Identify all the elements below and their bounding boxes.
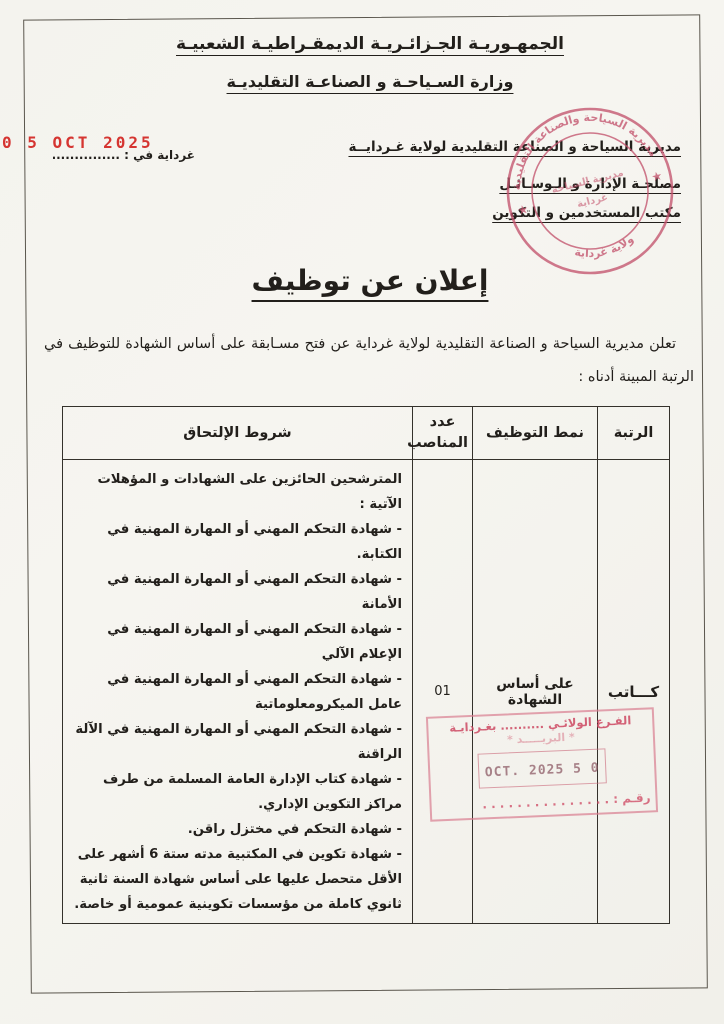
table-row: كـــاتب على أساس الشهادة 01 المترشحين ال… (63, 460, 670, 924)
col-header-positions: عدد المناصب (413, 407, 473, 460)
recruitment-table: الرتبة نمط التوظيف عدد المناصب شروط الإل… (62, 406, 670, 924)
scanned-document-page: { "header": { "line1": "الجمهـوريـة الجـ… (0, 0, 724, 1024)
col-header-rank: الرتبة (598, 407, 670, 460)
header-ministry-line: وزارة السـياحـة و الصناعـة التقليديـة (20, 72, 720, 91)
conditions-list: - شهادة التحكم المهني أو المهارة المهنية… (71, 517, 402, 917)
table-header-row: الرتبة نمط التوظيف عدد المناصب شروط الإل… (63, 407, 670, 460)
intro-line2: الرتبة المبينة أدناه : (44, 361, 694, 394)
org-directorate-line: مديرية السياحة و الصناعة التقليدية لولاي… (348, 139, 681, 155)
condition-item: - شهادة تكوين في المكتبية مدته ستة 6 أشه… (71, 842, 402, 917)
condition-item: - شهادة التحكم المهني أو المهارة المهنية… (71, 667, 402, 717)
cell-recruitment-mode: على أساس الشهادة (473, 460, 598, 924)
branch-stamp-number-line: رقـم : . . . . . . . . . . . . . . . (436, 790, 650, 813)
cell-conditions: المترشحين الحائزين على الشهادات و المؤهل… (63, 460, 413, 924)
condition-item: - شهادة التحكم المهني أو المهارة المهنية… (71, 617, 402, 667)
branch-stamp-date: 0 5 OCT. 2025 (485, 761, 600, 781)
announcement-title: إعلان عن توظيف (20, 264, 720, 297)
svg-text:ولاية غرداية: ولاية غرداية (571, 231, 638, 266)
condition-item: - شهادة التحكم المهني أو المهارة المهنية… (71, 567, 402, 617)
org-block: مديرية السياحة و الصناعة التقليدية لولاي… (348, 139, 681, 221)
condition-item: - شهادة التحكم في مختزل راقن. (71, 817, 402, 842)
org-service-line: مصلحـة الإدارة و الـوسـائـل (348, 176, 681, 192)
conditions-intro: المترشحين الحائزين على الشهادات و المؤهل… (71, 467, 402, 517)
provincial-branch-stamp: الفـرع الولائـي .......... بغـردايـة * ا… (426, 707, 658, 821)
col-header-conditions: شروط الإلتحاق (63, 407, 413, 460)
condition-item: - شهادة التحكم المهني أو المهارة المهنية… (71, 717, 402, 767)
cell-positions-count: 01 (413, 460, 473, 924)
stamp-bottom-arc-text: ولاية غرداية (571, 231, 638, 266)
col-header-mode: نمط التوظيف (473, 407, 598, 460)
cell-rank: كـــاتب (598, 460, 670, 924)
condition-item: - شهادة التحكم المهني أو المهارة المهنية… (71, 517, 402, 567)
place-and-date-line: غرداية في : ........................... (53, 148, 195, 162)
intro-line1: تعلن مديرية السياحة و الصناعة التقليدية … (44, 328, 694, 361)
intro-paragraph: تعلن مديرية السياحة و الصناعة التقليدية … (44, 328, 694, 394)
org-office-line: مكتب المستخدمين و التكوين (348, 205, 681, 221)
condition-item: - شهادة كتاب الإدارة العامة المسلمة من ط… (71, 767, 402, 817)
header-republic-line: الجمهـوريـة الجـزائـريـة الديمقـراطيـة ا… (20, 34, 720, 54)
branch-stamp-date-box: 0 5 OCT. 2025 (477, 748, 606, 788)
